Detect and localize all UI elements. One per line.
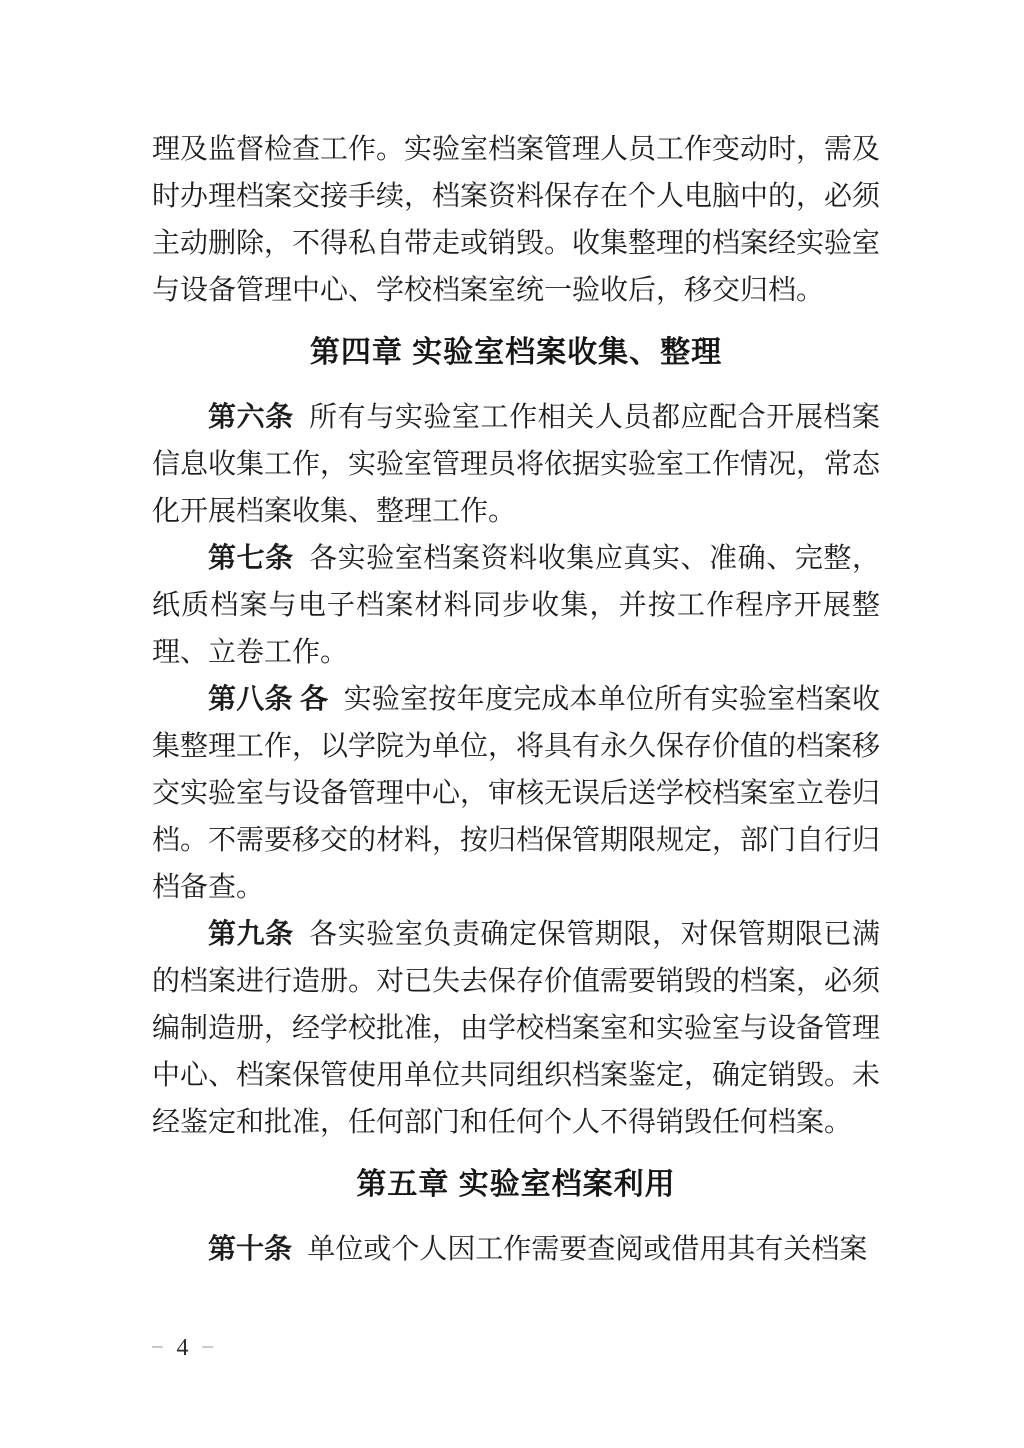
article-7-paragraph: 第七条各实验室档案资料收集应真实、准确、完整，纸质档案与电子档案材料同步收集，并… [152, 535, 880, 676]
article-7-term: 第七条 [208, 543, 294, 574]
article-6-term: 第六条 [208, 402, 294, 433]
text-column: 理及监督检查工作。实验室档案管理人员工作变动时，需及时办理档案交接手续，档案资料… [152, 126, 880, 1273]
paragraph-text: 理及监督检查工作。实验室档案管理人员工作变动时，需及时办理档案交接手续，档案资料… [152, 134, 880, 306]
article-6-paragraph: 第六条所有与实验室工作相关人员都应配合开展档案信息收集工作，实验室管理员将依据实… [152, 394, 880, 535]
article-10-term: 第十条 [208, 1234, 292, 1265]
article-8-text: 实验室按年度完成本单位所有实验室档案收集整理工作，以学院为单位，将具有永久保存价… [152, 684, 880, 903]
article-9-text: 各实验室负责确定保管期限，对保管期限已满的档案进行造册。对已失去保存价值需要销毁… [152, 919, 880, 1138]
article-10-text: 单位或个人因工作需要查阅或借用其有关档案 [307, 1234, 867, 1265]
paragraph-continuation: 理及监督检查工作。实验室档案管理人员工作变动时，需及时办理档案交接手续，档案资料… [152, 126, 880, 314]
chapter-heading-5: 第五章 实验室档案利用 [152, 1161, 880, 1209]
article-9-paragraph: 第九条各实验室负责确定保管期限，对保管期限已满的档案进行造册。对已失去保存价值需… [152, 911, 880, 1146]
article-10-paragraph: 第十条单位或个人因工作需要查阅或借用其有关档案 [152, 1226, 880, 1273]
chapter-heading-4: 第四章 实验室档案收集、整理 [152, 329, 880, 377]
page-number: –4– [152, 1330, 213, 1363]
article-8-term: 第八条 各 [208, 684, 328, 715]
page-number-value: 4 [177, 1335, 189, 1361]
page-number-right-dash: – [203, 1333, 214, 1357]
article-9-term: 第九条 [208, 919, 294, 950]
document-page: 理及监督检查工作。实验室档案管理人员工作变动时，需及时办理档案交接手续，档案资料… [0, 0, 1024, 1448]
article-8-paragraph: 第八条 各实验室按年度完成本单位所有实验室档案收集整理工作，以学院为单位，将具有… [152, 676, 880, 911]
page-number-left-dash: – [152, 1333, 163, 1357]
